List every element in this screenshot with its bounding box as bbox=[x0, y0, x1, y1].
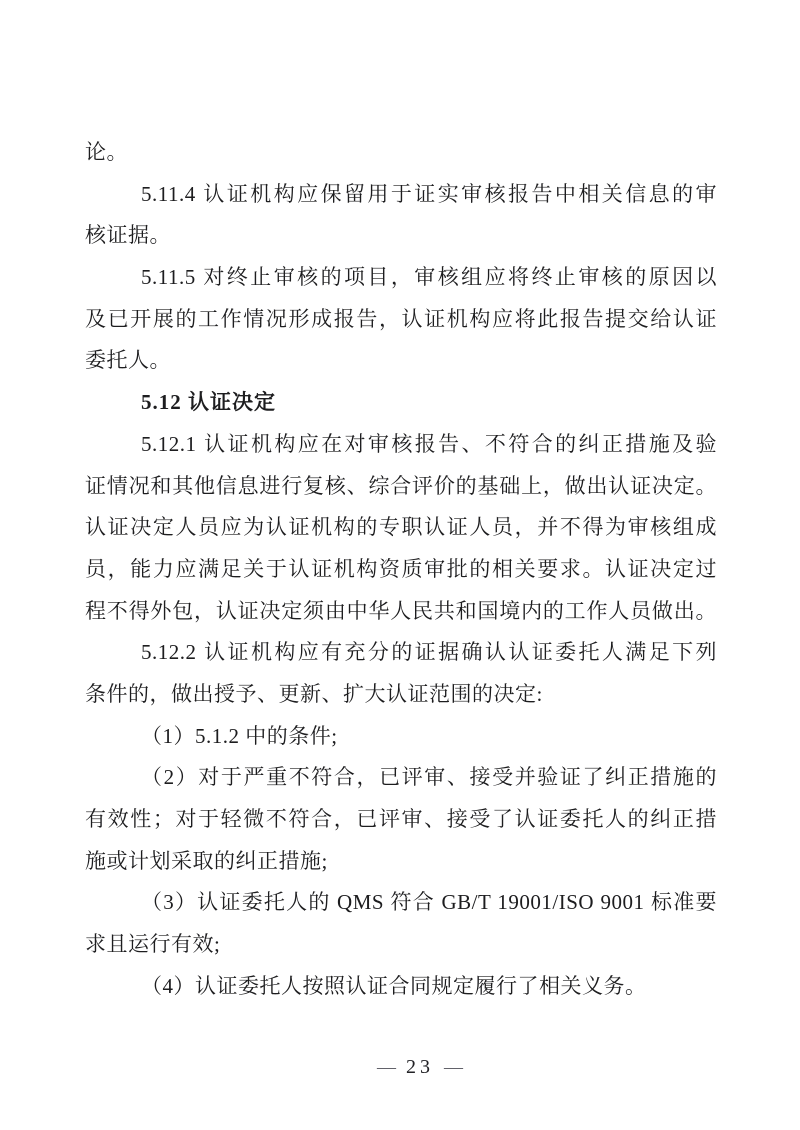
text-line: 认证决定人员应为认证机构的专职认证人员，并不得为审核组成 bbox=[85, 507, 717, 549]
footer-dash-right: — bbox=[434, 1057, 473, 1078]
list-item-1: （1）5.1.2 中的条件; bbox=[85, 716, 717, 758]
page-footer: —23— bbox=[20, 1054, 800, 1081]
text-line: 证情况和其他信息进行复核、综合评价的基础上，做出认证决定。 bbox=[85, 466, 717, 508]
text-line: 有效性；对于轻微不符合，已评审、接受了认证委托人的纠正措 bbox=[85, 799, 717, 841]
text-line: 委托人。 bbox=[85, 340, 717, 382]
document-page: 论。 5.11.4 认证机构应保留用于证实审核报告中相关信息的审 核证据。 5.… bbox=[0, 0, 800, 1130]
text-line: 5.12.2 认证机构应有充分的证据确认认证委托人满足下列 bbox=[85, 632, 717, 674]
text-line: 员，能力应满足关于认证机构资质审批的相关要求。认证决定过 bbox=[85, 549, 717, 591]
page-number: 23 bbox=[406, 1056, 434, 1078]
section-heading-5-12: 5.12 认证决定 bbox=[85, 382, 717, 424]
text-line: 5.11.4 认证机构应保留用于证实审核报告中相关信息的审 bbox=[85, 174, 717, 216]
text-line: 5.11.5 对终止审核的项目，审核组应将终止审核的原因以 bbox=[85, 257, 717, 299]
text-line: 求且运行有效; bbox=[85, 924, 717, 966]
text-line: 及已开展的工作情况形成报告，认证机构应将此报告提交给认证 bbox=[85, 299, 717, 341]
text-line: 程不得外包，认证决定须由中华人民共和国境内的工作人员做出。 bbox=[85, 591, 717, 633]
document-body: 论。 5.11.4 认证机构应保留用于证实审核报告中相关信息的审 核证据。 5.… bbox=[85, 132, 717, 1007]
text-line: 论。 bbox=[85, 132, 717, 174]
footer-dash-left: — bbox=[367, 1057, 406, 1078]
text-line: 施或计划采取的纠正措施; bbox=[85, 841, 717, 883]
text-line: 条件的，做出授予、更新、扩大认证范围的决定: bbox=[85, 674, 717, 716]
list-item-4: （4）认证委托人按照认证合同规定履行了相关义务。 bbox=[85, 966, 717, 1008]
list-item-2: （2）对于严重不符合，已评审、接受并验证了纠正措施的 bbox=[85, 757, 717, 799]
text-line: 核证据。 bbox=[85, 215, 717, 257]
text-line: 5.12.1 认证机构应在对审核报告、不符合的纠正措施及验 bbox=[85, 424, 717, 466]
list-item-3: （3）认证委托人的 QMS 符合 GB/T 19001/ISO 9001 标准要 bbox=[85, 882, 717, 924]
